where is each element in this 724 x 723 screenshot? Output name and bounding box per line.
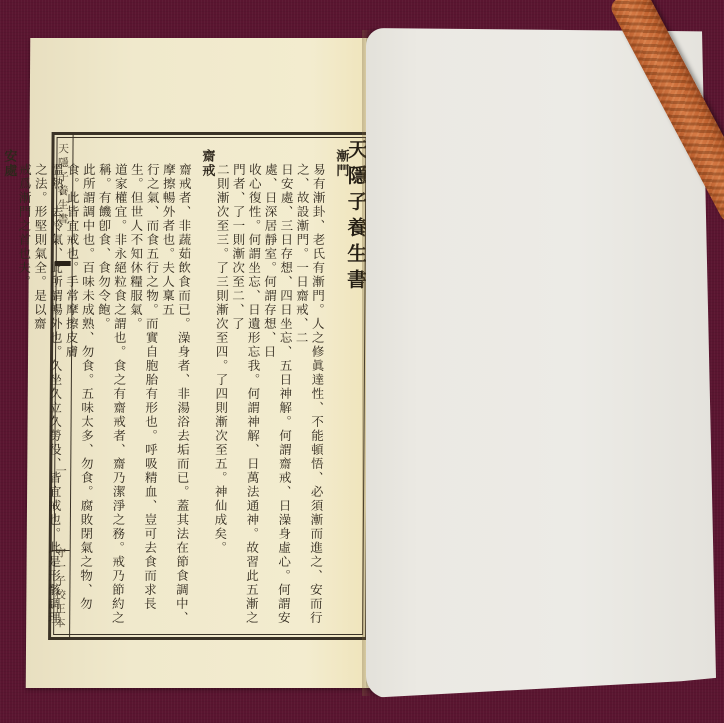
text-column: 齋戒者、非蔬茹飲食而已。澡身者、非湯浴去垢而已。蓋其法在節食調中、摩擦暢外者也。… <box>157 139 192 633</box>
left-page: 天隱子養生書 一 守一子校正本 天隱子養生書 漸門 易有漸卦、老氏有漸門。人之修… <box>26 38 381 688</box>
text-column: 易有漸卦、老氏有漸門。人之修眞達性、不能頓悟、必須漸而進之、安而行之、故設漸門。… <box>291 139 326 633</box>
text-column: 日安處、三日存想、四日坐忘、五日神解。何謂齋戒、日澡身虛心。何謂安處、日深居靜室… <box>259 139 294 633</box>
printed-frame: 天隱子養生書 一 守一子校正本 天隱子養生書 漸門 易有漸卦、老氏有漸門。人之修… <box>48 132 372 640</box>
text-column: 收心復性。何謂坐忘、日遺形忘我。何謂神解、日萬法通神。故習此五漸之門者、了一則漸… <box>227 139 262 633</box>
right-page-blank <box>366 28 716 698</box>
vertical-text-body: 天隱子養生書 漸門 易有漸卦、老氏有漸門。人之修眞達性、不能頓悟、必須漸而進之、… <box>73 139 364 633</box>
book-photo-scene: 天隱子養生書 一 守一子校正本 天隱子養生書 漸門 易有漸卦、老氏有漸門。人之修… <box>0 0 724 723</box>
text-column: 道家權宜。非永絕粒食之謂也。食之有齋戒者、齋乃潔淨之務。戒乃節約之稱。有饑卽食、… <box>93 139 128 633</box>
text-column: 溫熱、去冷氣、此所謂暢外也。久坐久立久勞役、皆宜戒也。此是形骸調理之法。形堅則氣… <box>29 139 64 633</box>
text-column: 此所謂調中也。百味未成熟、勿食。五味太多、勿食。腐敗閉氣之物、勿食。此皆宜戒也。… <box>61 139 96 633</box>
text-column: 行之氣、而食五行之物。而實自胞胎有形也。呼吸精血、豈可去食而求長生。但世人不知休… <box>125 139 160 633</box>
